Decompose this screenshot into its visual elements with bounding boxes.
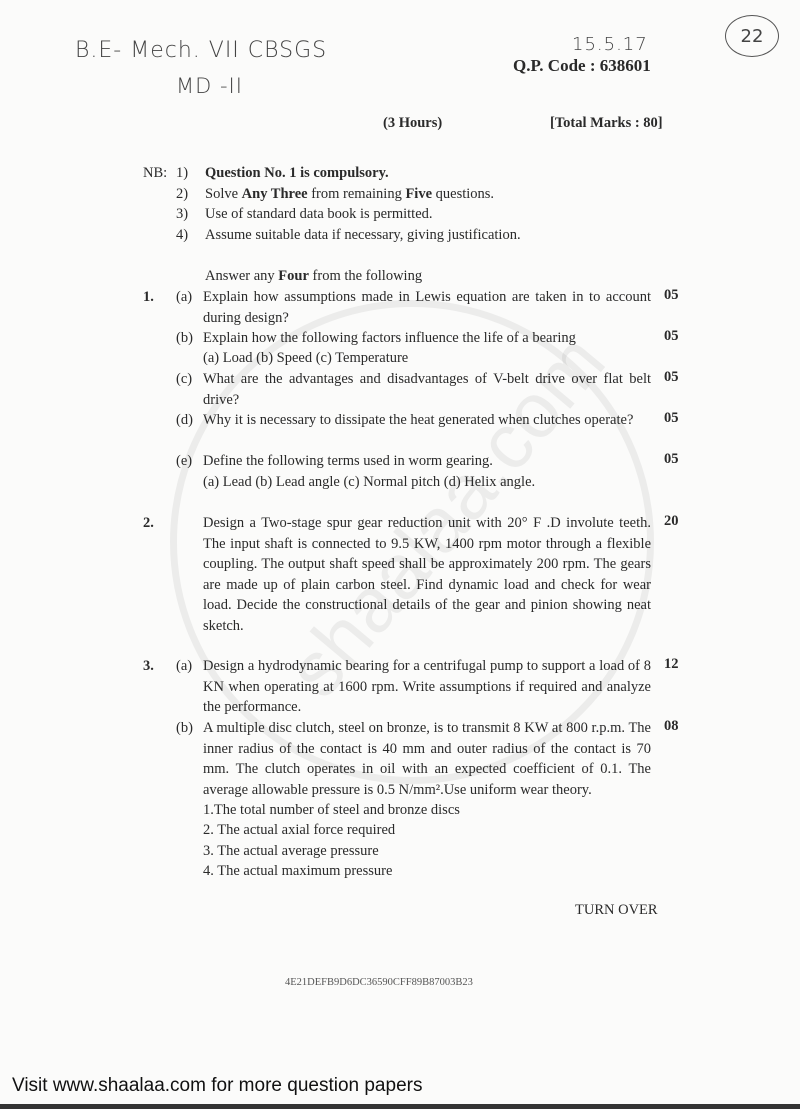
q1e-text: Define the following terms used in worm …	[203, 451, 493, 471]
q3a-text: Design a hydrodynamic bearing for a cent…	[203, 656, 651, 718]
q1d-marks: 05	[664, 410, 679, 427]
q1b-text: Explain how the following factors influe…	[203, 328, 576, 348]
q2-text: Design a Two-stage spur gear reduction u…	[203, 513, 651, 636]
q1e-sub: (a) Lead (b) Lead angle (c) Normal pitch…	[203, 472, 535, 492]
q1a-marks: 05	[664, 287, 679, 304]
q1b-label: (b)	[176, 328, 193, 348]
q1a-text: Explain how assumptions made in Lewis eq…	[203, 287, 651, 328]
hash-code: 4E21DEFB9D6DC36590CFF89B87003B23	[285, 977, 473, 988]
q1e-marks: 05	[664, 451, 679, 468]
instruction-num: 4)	[176, 225, 188, 245]
q1b-sub: (a) Load (b) Speed (c) Temperature	[203, 348, 408, 368]
instruction-num: 2)	[176, 184, 188, 204]
q3a-marks: 12	[664, 656, 679, 673]
handwritten-course: B.E- Mech. VII CBSGS	[75, 38, 327, 63]
q1c-label: (c)	[176, 369, 192, 389]
q3b-marks: 08	[664, 718, 679, 735]
q1d-text: Why it is necessary to dissipate the hea…	[203, 410, 651, 431]
q3-number: 3.	[143, 656, 154, 676]
q3b-list-item: 2. The actual axial force required	[203, 820, 395, 840]
q1b-marks: 05	[664, 328, 679, 345]
q1-intro: Answer any Four from the following	[205, 266, 422, 286]
nb-label: NB:	[143, 163, 167, 183]
q1e-label: (e)	[176, 451, 192, 471]
q1c-marks: 05	[664, 369, 679, 386]
handwritten-subject: MD -II	[176, 74, 243, 98]
footer-link-text[interactable]: Visit www.shaalaa.com for more question …	[12, 1075, 422, 1097]
instruction-text: Use of standard data book is permitted.	[205, 204, 433, 224]
bottom-border	[0, 1104, 800, 1109]
instruction-num: 1)	[176, 163, 188, 183]
q1a-label: (a)	[176, 287, 192, 307]
q3b-text: A multiple disc clutch, steel on bronze,…	[203, 718, 651, 800]
instruction-num: 3)	[176, 204, 188, 224]
q1c-text: What are the advantages and disadvantage…	[203, 369, 651, 410]
total-marks: [Total Marks : 80]	[550, 115, 663, 132]
q2-marks: 20	[664, 513, 679, 530]
instruction-text: Assume suitable data if necessary, givin…	[205, 225, 521, 245]
q3a-label: (a)	[176, 656, 192, 676]
q2-number: 2.	[143, 513, 154, 533]
instruction-text: Question No. 1 is compulsory.	[205, 163, 389, 183]
q3b-list-item: 4. The actual maximum pressure	[203, 861, 392, 881]
q3b-list-item: 3. The actual average pressure	[203, 841, 379, 861]
instruction-text: Solve Any Three from remaining Five ques…	[205, 184, 494, 204]
turn-over: TURN OVER	[575, 902, 658, 919]
q3b-list-item: 1.The total number of steel and bronze d…	[203, 800, 460, 820]
handwritten-date: 15.5.17	[572, 34, 648, 55]
duration: (3 Hours)	[383, 115, 442, 132]
q3b-label: (b)	[176, 718, 193, 738]
circled-page-number: 22	[725, 15, 779, 57]
q1-number: 1.	[143, 287, 154, 307]
q1d-label: (d)	[176, 410, 193, 430]
qp-code: Q.P. Code : 638601	[513, 56, 651, 76]
